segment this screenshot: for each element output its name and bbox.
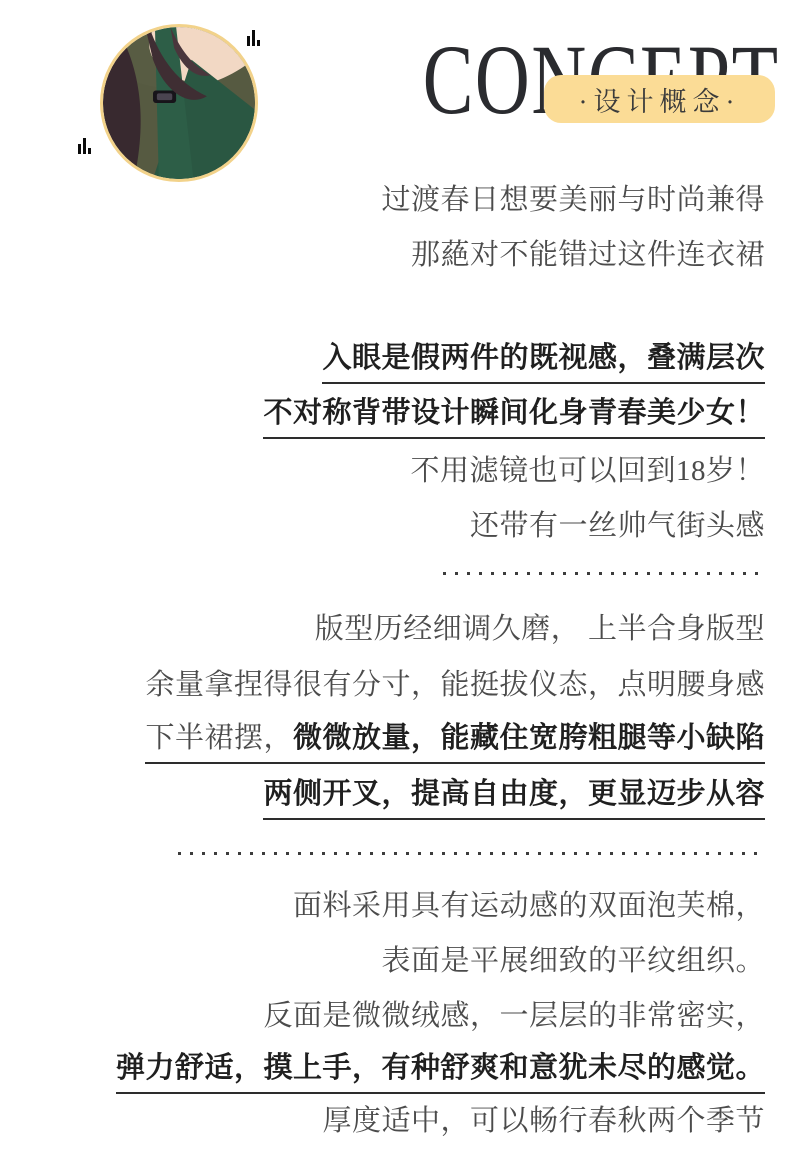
- highlight-line-1: 入眼是假两件的既视感，叠满层次: [0, 340, 765, 384]
- underlined-text: 两侧开叉，提高自由度，更显迈步从容: [263, 776, 765, 820]
- intro-line-1: 过渡春日想要美丽与时尚兼得: [0, 182, 765, 218]
- underlined-text: 入眼是假两件的既视感，叠满层次: [322, 340, 765, 384]
- bar: [257, 40, 260, 46]
- bar: [247, 36, 250, 46]
- fabric-line-3: 反面是微微绒感，一层层的非常密实，: [0, 998, 765, 1034]
- bar-chart-icon: [247, 30, 260, 46]
- photo-illustration: [103, 27, 255, 179]
- bar: [78, 144, 81, 154]
- sub-line-1: 不用滤镜也可以回到18岁！: [0, 453, 765, 489]
- bar: [252, 30, 255, 46]
- model-shoulder-photo: [100, 24, 258, 182]
- dotted-divider: [443, 572, 765, 575]
- sub-line-2: 还带有一丝帅气街头感: [0, 508, 765, 544]
- bar: [83, 138, 86, 154]
- fit-line-3: 下半裙摆，微微放量，能藏住宽胯粗腿等小缺陷: [0, 720, 765, 764]
- fabric-line-1: 面料采用具有运动感的双面泡芙棉，: [0, 888, 765, 924]
- underlined-text: 下半裙摆，微微放量，能藏住宽胯粗腿等小缺陷: [145, 720, 765, 764]
- fit-line-2: 余量拿捏得很有分寸，能挺拔仪态，点明腰身感: [0, 667, 765, 703]
- fit-line-3-bold: 微微放量，能藏住宽胯粗腿等小缺陷: [293, 722, 765, 754]
- fit-line-4: 两侧开叉，提高自由度，更显迈步从容: [0, 776, 765, 820]
- bar: [88, 148, 91, 154]
- dotted-divider: [178, 852, 765, 855]
- underlined-text: 不对称背带设计瞬间化身青春美少女！: [263, 395, 765, 439]
- highlight-line-2: 不对称背带设计瞬间化身青春美少女！: [0, 395, 765, 439]
- fabric-line-5: 厚度适中，可以畅行春秋两个季节: [0, 1103, 765, 1139]
- fit-line-1: 版型历经细调久磨， 上半合身版型: [0, 611, 765, 647]
- fabric-line-2: 表面是平展细致的平纹组织。: [0, 943, 765, 979]
- intro-line-2: 那蕝对不能错过这件连衣裙: [0, 237, 765, 273]
- underlined-text: 弹力舒适，摸上手，有种舒爽和意犹未尽的感觉。: [116, 1050, 765, 1094]
- fabric-line-4: 弹力舒适，摸上手，有种舒爽和意犹未尽的感觉。: [0, 1050, 765, 1094]
- fit-line-3-regular: 下半裙摆，: [145, 722, 293, 754]
- section-badge: ·设计概念·: [544, 75, 775, 123]
- bar-chart-icon: [78, 138, 91, 154]
